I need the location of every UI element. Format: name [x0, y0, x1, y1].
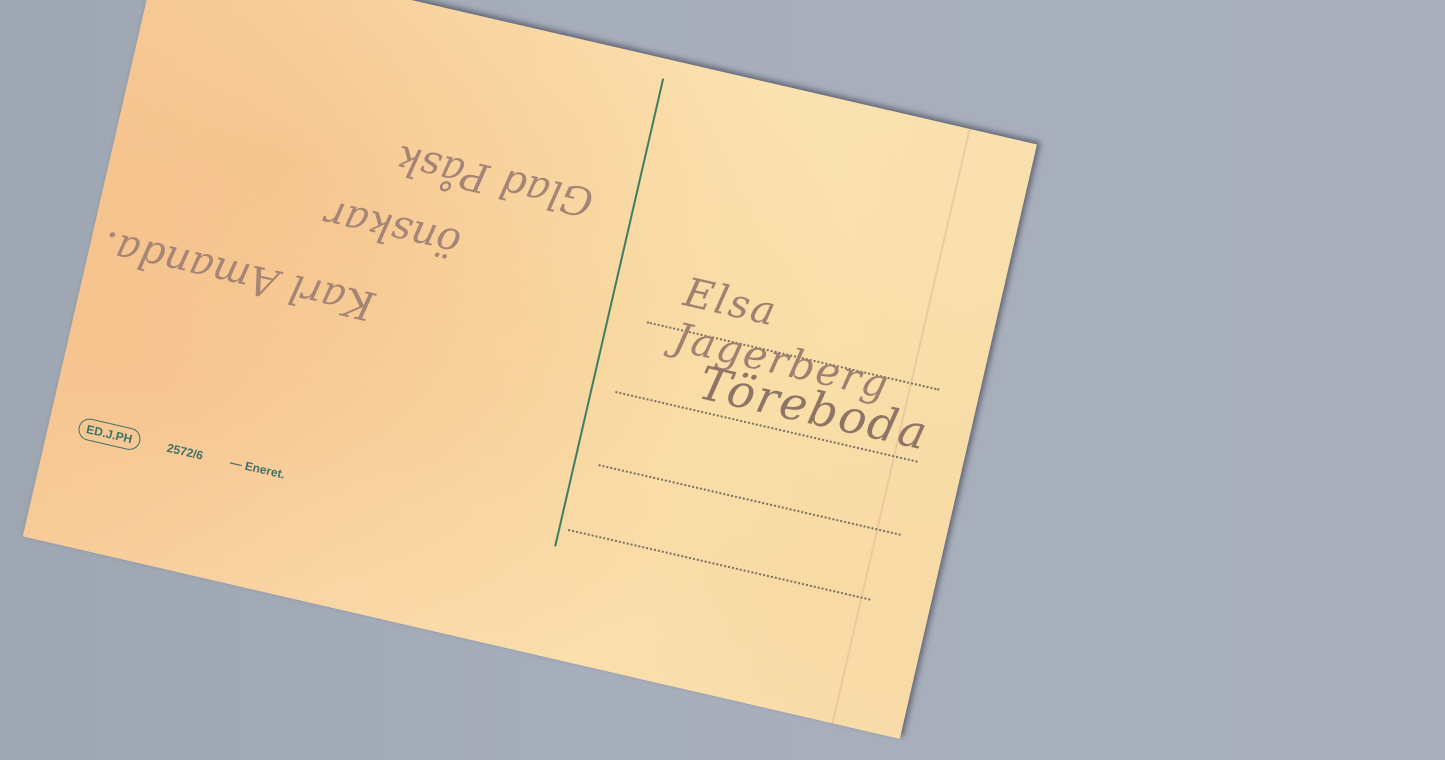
rights-text: — Eneret. [229, 455, 287, 481]
publisher-logo: ED.J.PH [76, 416, 142, 452]
publisher-imprint: ED.J.PH 2572/6 — Eneret. [76, 416, 287, 485]
postcard: Elsa Jagerberg Töreboda Glad Påsk önskar… [23, 0, 1037, 739]
address-line [568, 529, 871, 601]
address-line [598, 464, 901, 536]
message-line: önskar [320, 191, 464, 267]
catalog-number: 2572/6 [166, 441, 205, 463]
